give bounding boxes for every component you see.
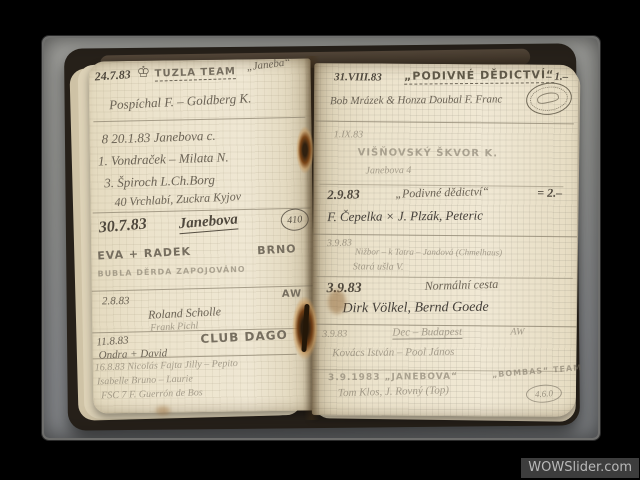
handwritten-line: „BOMBAS“ TEAM <box>492 363 583 379</box>
notebook-right-page: 31.VIII.83 „PODIVNÉ DĚDICTVÍ“ – 1.– Bob … <box>312 63 578 417</box>
divider-line <box>313 234 577 238</box>
handwritten-line: Roland Scholle <box>148 304 222 323</box>
notebook-gutter <box>304 56 320 420</box>
team-name: TUZLA TEAM <box>155 66 237 82</box>
divider-line <box>316 121 574 125</box>
handwritten-line: Janebova 4 <box>365 165 411 176</box>
paper-stain <box>156 406 170 415</box>
handwritten-line: Isabelle Bruno – Laurie <box>97 373 193 387</box>
entry-date: 30.7.83 <box>98 215 147 237</box>
handwritten-line: Dirk Völkel, Bernd Goede <box>342 300 488 318</box>
circled-number: 4.6.0 <box>525 384 562 404</box>
entry-date: 1.IX.83 <box>334 129 364 140</box>
entry-date: 3.9.83 <box>327 237 352 249</box>
entry-date: 24.7.83 <box>94 67 131 84</box>
handwritten-line: EVA + RADEK <box>97 245 191 263</box>
handwritten-line: Ondra + David <box>98 347 167 361</box>
rust-staple-spot <box>296 126 314 174</box>
handwritten-line: Kovács István – Pool János <box>332 346 454 359</box>
notebook-photo-slide[interactable]: 24.7.83 ♔ TUZLA TEAM „Janeba“ Pospíchal … <box>42 36 600 440</box>
wowslider-watermark[interactable]: WOWSlider.com <box>521 458 639 478</box>
handwritten-line: F. Čepelka × J. Plzák, Peteric <box>327 208 483 226</box>
handwritten-line: Tom Klos, J. Rovný (Top) <box>338 384 449 399</box>
handwritten-line: VIŠŇOVSKÝ ŠKVOR K. <box>358 147 498 159</box>
notebook-left-page: 24.7.83 ♔ TUZLA TEAM „Janeba“ Pospíchal … <box>89 58 316 413</box>
entry-date: 31.VIII.83 <box>334 71 382 83</box>
handwritten-line: 8 20.1.83 Janebova c. <box>101 128 216 148</box>
divider-line <box>92 285 314 291</box>
handwritten-line: Pospíchal F. – Goldberg K. <box>109 90 252 113</box>
handwritten-line: „Podivné dědictví“ <box>395 184 489 202</box>
handwritten-line: 1. Vondraček – Milata N. <box>98 149 229 169</box>
divider-line <box>93 117 305 122</box>
handwritten-line: BRNO <box>257 242 297 257</box>
handwritten-line: = 2.– <box>537 186 562 201</box>
handwritten-line: 3.9.1983 „JANEBOVA“ <box>328 372 458 383</box>
route-name: Janebova <box>178 211 238 234</box>
entry-date: 2.9.83 <box>327 186 360 203</box>
handwritten-line: Bob Mrázek & Honza Doubal F. Franc <box>330 93 503 107</box>
handwritten-line: FSC 7 F. Guerrón de Bos <box>101 387 203 401</box>
handwritten-line: BUBLA DĚRDA ZAPOJOVÁNO <box>97 265 245 279</box>
entry-date: 3.9.83 <box>322 328 347 340</box>
handwritten-line: Normální cesta <box>424 277 498 294</box>
handwritten-line: AW <box>510 326 524 337</box>
handwritten-line: Nižbor – k Tatra – Jandová (Chmelhaus) <box>355 246 502 257</box>
handwritten-line: 40 Vrchlabí, Zuckra Kyjov <box>114 189 241 210</box>
handwritten-line: Frank Pichl <box>150 320 199 333</box>
entry-date: 2.8.83 <box>102 295 130 307</box>
rust-staple-spot <box>292 296 318 360</box>
handwritten-line: Dec – Budapest <box>392 326 462 340</box>
handwritten-line: „Janeba“ <box>246 56 291 73</box>
crown-doodle-icon: ♔ <box>137 63 151 81</box>
club-name: CLUB DAGO <box>200 328 288 346</box>
paper-stain <box>328 290 346 314</box>
handwritten-line: 3. Špiroch L.Ch.Borg <box>104 172 215 191</box>
handwritten-line: – 1.– <box>546 71 568 83</box>
entry-date: 11.8.83 <box>96 334 129 348</box>
stamp-icon <box>524 80 574 118</box>
title-podivne-dedictvi: „PODIVNÉ DĚDICTVÍ“ <box>404 68 554 85</box>
handwritten-line: Stará ušla V. <box>353 261 404 272</box>
